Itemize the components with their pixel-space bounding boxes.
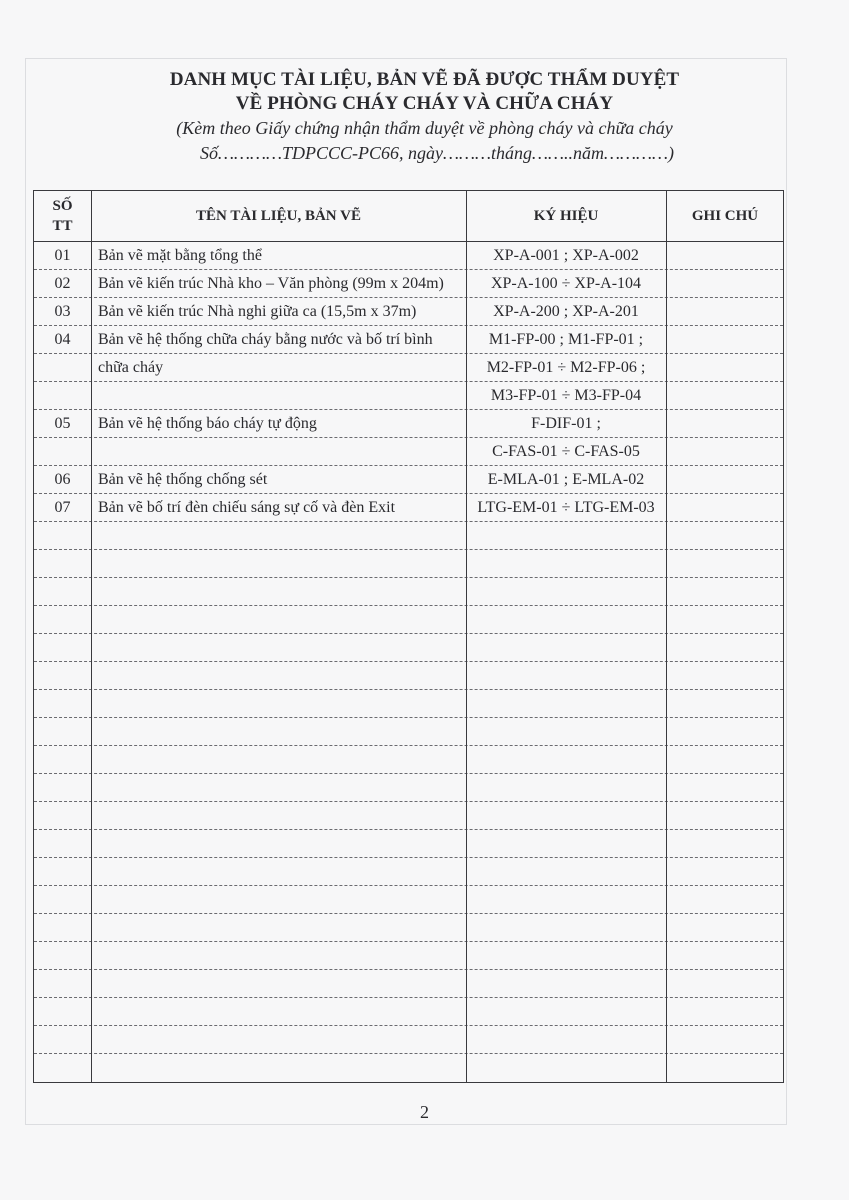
empty-table-row	[34, 970, 783, 998]
row-document-name: Bản vẽ bố trí đèn chiếu sáng sự cố và đè…	[98, 494, 395, 522]
row-document-name: chữa cháy	[98, 354, 163, 382]
empty-table-row	[34, 998, 783, 1026]
empty-table-row	[34, 914, 783, 942]
row-stt: 03	[34, 298, 91, 326]
row-stt: 06	[34, 466, 91, 494]
document-title-line-1: DANH MỤC TÀI LIỆU, BẢN VẼ ĐÃ ĐƯỢC THẨM D…	[0, 68, 849, 92]
empty-table-row	[34, 1026, 783, 1054]
row-stt: 01	[34, 242, 91, 270]
row-code: C-FAS-01 ÷ C-FAS-05	[466, 438, 666, 466]
row-code: M2-FP-01 ÷ M2-FP-06 ;	[466, 354, 666, 382]
document-table: SỐTT TÊN TÀI LIỆU, BẢN VẼ KÝ HIỆU GHI CH…	[33, 190, 784, 1083]
table-row	[34, 382, 783, 410]
empty-table-row	[34, 522, 783, 550]
row-document-name: Bản vẽ hệ thống báo cháy tự động	[98, 410, 317, 438]
row-stt: 07	[34, 494, 91, 522]
document-title-line-2: VỀ PHÒNG CHÁY CHÁY VÀ CHỮA CHÁY	[0, 92, 849, 116]
row-code: XP-A-100 ÷ XP-A-104	[466, 270, 666, 298]
empty-table-row	[34, 662, 783, 690]
empty-table-row	[34, 690, 783, 718]
empty-table-row	[34, 606, 783, 634]
table-header-row: SỐTT TÊN TÀI LIỆU, BẢN VẼ KÝ HIỆU GHI CH…	[34, 191, 783, 242]
header-code: KÝ HIỆU	[466, 191, 666, 241]
row-document-name: Bản vẽ kiến trúc Nhà nghi giữa ca (15,5m…	[98, 298, 416, 326]
empty-table-row	[34, 886, 783, 914]
empty-table-row	[34, 830, 783, 858]
row-code: XP-A-001 ; XP-A-002	[466, 242, 666, 270]
row-document-name: Bản vẽ kiến trúc Nhà kho – Văn phòng (99…	[98, 270, 444, 298]
row-code: F-DIF-01 ;	[466, 410, 666, 438]
document-subtitle-line-2: Số…………TDPCCC-PC66, ngày………tháng……..năm………	[0, 141, 849, 166]
table-body: 01Bản vẽ mặt bằng tổng thểXP-A-001 ; XP-…	[34, 242, 783, 1082]
document-header: DANH MỤC TÀI LIỆU, BẢN VẼ ĐÃ ĐƯỢC THẨM D…	[0, 68, 849, 166]
row-stt: 05	[34, 410, 91, 438]
table-row	[34, 438, 783, 466]
empty-table-row	[34, 746, 783, 774]
divider	[666, 191, 667, 1082]
header-name: TÊN TÀI LIỆU, BẢN VẼ	[91, 191, 466, 241]
empty-table-row	[34, 802, 783, 830]
empty-table-row	[34, 718, 783, 746]
empty-table-row	[34, 774, 783, 802]
document-subtitle-line-1: (Kèm theo Giấy chứng nhận thẩm duyệt về …	[0, 116, 849, 141]
empty-table-row	[34, 634, 783, 662]
divider	[91, 191, 92, 1082]
row-document-name: Bản vẽ hệ thống chữa cháy bằng nước và b…	[98, 326, 433, 354]
empty-table-row	[34, 942, 783, 970]
page-number: 2	[0, 1102, 849, 1123]
empty-table-row	[34, 578, 783, 606]
row-stt: 02	[34, 270, 91, 298]
row-stt: 04	[34, 326, 91, 354]
row-code: XP-A-200 ; XP-A-201	[466, 298, 666, 326]
row-code: LTG-EM-01 ÷ LTG-EM-03	[466, 494, 666, 522]
row-code: M1-FP-00 ; M1-FP-01 ;	[466, 326, 666, 354]
row-code: M3-FP-01 ÷ M3-FP-04	[466, 382, 666, 410]
row-code: E-MLA-01 ; E-MLA-02	[466, 466, 666, 494]
empty-table-row	[34, 858, 783, 886]
empty-table-row	[34, 1054, 783, 1082]
divider	[466, 191, 467, 1082]
empty-table-row	[34, 550, 783, 578]
row-document-name: Bản vẽ mặt bằng tổng thể	[98, 242, 262, 270]
row-document-name: Bản vẽ hệ thống chống sét	[98, 466, 267, 494]
header-note: GHI CHÚ	[666, 191, 784, 241]
header-stt: SỐTT	[34, 191, 91, 241]
